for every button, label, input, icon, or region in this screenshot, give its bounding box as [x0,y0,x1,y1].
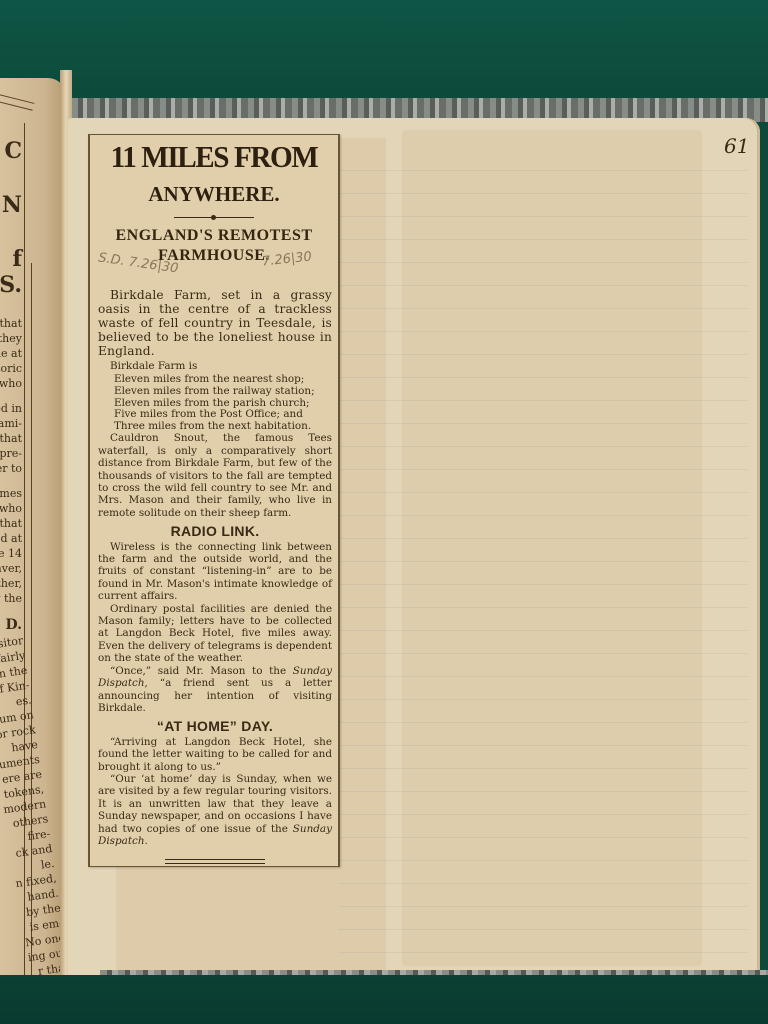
ornamental-divider [174,217,254,218]
lead-paragraph: Birkdale Farm, set in a grassy oasis in … [98,288,332,358]
distance-list: Eleven miles from the nearest shop; Elev… [98,374,332,432]
list-intro: Birkdale Farm is [98,360,332,372]
handwritten-annotation: S.D. 7.26|30 7.26|30 [90,266,338,288]
newspaper-clipping: 11 MILES FROM ANYWHERE. ENGLAND'S REMOTE… [88,134,340,867]
page-number: 61 [724,134,749,158]
paragraph: “Our ‘at home’ day is Sunday, when we ar… [98,773,332,847]
section-heading: “AT HOME” DAY. [98,720,332,732]
paragraph: Wireless is the connecting link between … [98,541,332,603]
paragraph: “Arriving at Langdon Beck Hotel, she fou… [98,736,332,773]
paragraph: Cauldron Snout, the famous Tees waterfal… [98,432,332,519]
list-item: Eleven miles from the railway station; [114,386,332,398]
ruled-lines [338,148,748,968]
subheadline: ENGLAND'S REMOTEST [90,226,338,246]
green-background-top [0,0,768,100]
paragraph: Ordinary postal facilities are denied th… [98,603,332,665]
list-item: Three miles from the next habitation. [114,421,332,433]
previous-page-text: C N f S. that they de at storic e who ne… [0,178,22,993]
previous-page-fragment: C N f S. that they de at storic e who ne… [0,78,66,1024]
double-rule [0,93,34,110]
end-rule [165,859,265,864]
green-background-bottom [0,975,768,1024]
paragraph: “Once,” said Mr. Mason to the Sunday Dis… [98,665,332,715]
headline: 11 MILES FROM [97,139,330,175]
headline-line-2: ANYWHERE. [90,181,338,207]
section-heading: RADIO LINK. [98,525,332,537]
article-body: Birkdale Farm, set in a grassy oasis in … [90,288,338,864]
